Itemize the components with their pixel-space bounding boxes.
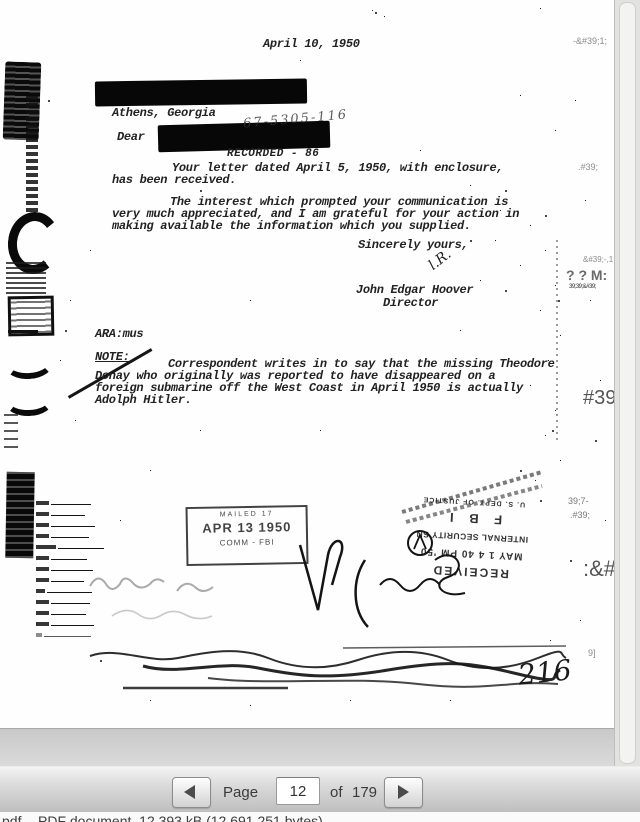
scan-artifact-strip <box>26 96 38 220</box>
letter-date: April 10, 1950 <box>263 37 360 51</box>
typist-initials: ARA:mus <box>95 327 143 341</box>
page-label: Page <box>223 784 258 801</box>
signature-title: Director <box>383 296 438 310</box>
closing: Sincerely yours, <box>358 238 468 252</box>
scrollbar-track[interactable] <box>614 0 640 766</box>
ocr-noise-fragment: .#39; <box>570 510 590 520</box>
routing-stub-row <box>36 527 104 538</box>
previous-page-icon <box>184 785 195 799</box>
note-label: NOTE: <box>95 350 130 364</box>
routing-stub-row <box>36 505 104 516</box>
scan-artifact-line <box>8 330 38 333</box>
page-number-input[interactable] <box>276 777 320 805</box>
routing-stub-row <box>36 494 104 505</box>
scrollbar-thumb[interactable] <box>619 2 636 764</box>
status-bar: pdf PDF document, 12,393 kB (12,691,251 … <box>0 812 640 822</box>
viewer-background <box>0 728 640 767</box>
document-page: April 10, 1950 Athens, Georgia Dear 67-5… <box>0 0 614 728</box>
scan-artifact-arc <box>4 348 54 380</box>
ocr-noise-fragment: ? ? M: <box>566 267 607 283</box>
pdf-viewer-window: April 10, 1950 Athens, Georgia Dear 67-5… <box>0 0 640 822</box>
ocr-noise-fragment: &#39;-,1 <box>583 255 613 264</box>
ocr-noise-fragment: -&#39;1; <box>573 36 607 46</box>
redaction-bar-addressee <box>95 79 307 107</box>
city-line: Athens, Georgia <box>112 106 216 120</box>
status-file-description: PDF document, 12,393 kB (12,691,251 byte… <box>38 813 323 822</box>
ocr-noise-fragment: :&# <box>583 556 614 582</box>
previous-page-button[interactable] <box>172 777 211 808</box>
scan-speckles <box>556 240 558 440</box>
note-line: Adolph Hitler. <box>95 393 192 407</box>
ocr-noise-fragment: .#39; <box>578 162 598 172</box>
status-filename: pdf <box>2 813 21 822</box>
signature-name: John Edgar Hoover <box>356 283 473 297</box>
handwritten-page-serial: 216 <box>516 653 573 691</box>
para1-line: has been received. <box>112 173 236 187</box>
para2-line: making available the information which y… <box>112 219 471 233</box>
scan-speckles <box>0 0 2 2</box>
salutation: Dear <box>117 130 145 144</box>
next-page-icon <box>398 785 409 799</box>
scan-artifact-bar <box>5 472 34 558</box>
ocr-noise-fragment: #39;F <box>583 387 614 410</box>
ocr-noise-fragment: 39;39;&#39; <box>569 284 596 290</box>
total-pages: 179 <box>352 784 377 801</box>
routing-stub-row <box>36 538 104 549</box>
page-navigation-bar: Page of 179 <box>0 766 640 813</box>
ocr-noise-fragment: 9] <box>588 648 596 658</box>
recorded-stamp: RECORDED - 86 <box>227 148 319 160</box>
of-label: of <box>330 784 343 801</box>
next-page-button[interactable] <box>384 777 423 808</box>
scan-artifact-ticks <box>4 412 18 448</box>
scribble-strikeout-band <box>88 636 568 696</box>
scan-artifact-noise <box>6 262 46 294</box>
routing-stub-row <box>36 516 104 527</box>
ocr-noise-fragment: 39;7- <box>568 496 589 506</box>
diagonal-stamp-smudge <box>392 452 552 524</box>
